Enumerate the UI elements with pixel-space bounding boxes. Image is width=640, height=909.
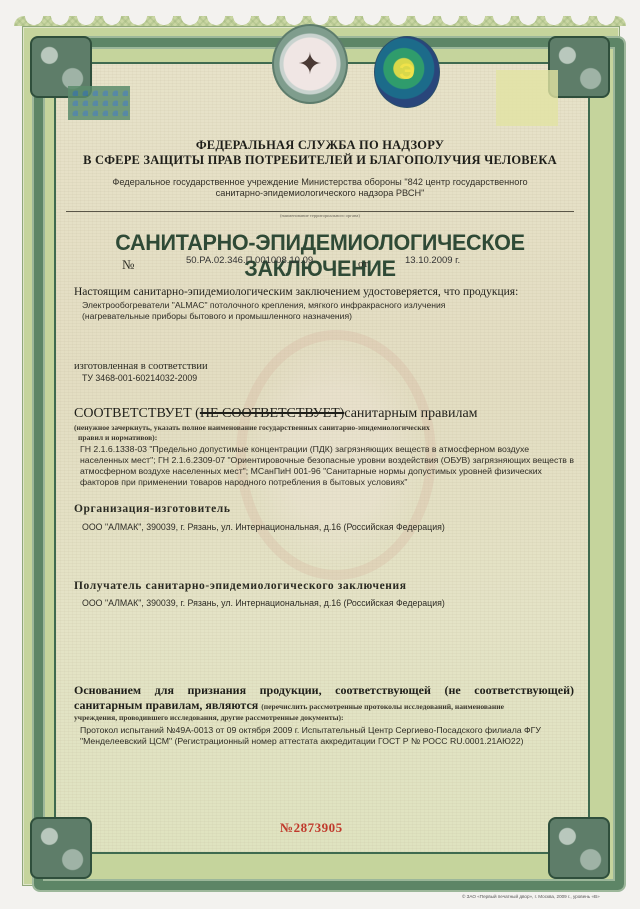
conformity-suffix: санитарным правилам	[344, 406, 477, 421]
institution-line-1: Федеральное государственное учреждение М…	[60, 177, 580, 188]
coat-of-arms-eagle-icon: ✦	[272, 24, 348, 104]
basis-main: санитарным правилам, являются	[74, 698, 261, 712]
conformity-note-2: правил и нормативов):	[78, 433, 157, 443]
certificate-page: ✦ Э ФЕДЕРАЛЬНАЯ СЛУЖБА ПО НАДЗОРУ В СФЕР…	[0, 0, 640, 909]
product-line-2: (нагревательные приборы бытового и промы…	[82, 311, 352, 322]
number-label: №	[122, 257, 134, 273]
security-hologram-strip	[68, 86, 130, 120]
sanitary-rules-list: ГН 2.1.6.1338-03 "Предельно допустимые к…	[80, 444, 574, 488]
recipient-heading: Получатель санитарно-эпидемиологического…	[74, 580, 407, 592]
institution-caption: (наименование территориального органа)	[60, 213, 580, 218]
basis-heading-line-2: санитарным правилам, являются (перечисли…	[74, 698, 504, 713]
product-line-1: Электрообогреватели "ALMAC" потолочного …	[82, 300, 445, 311]
technical-spec: ТУ 3468-001-60214032-2009	[82, 373, 197, 383]
divider	[66, 211, 574, 212]
printer-imprint: © ЗАО «Первый печатный двор», г. Москва,…	[462, 894, 600, 899]
security-patch	[496, 70, 558, 126]
basis-note: (перечислить рассмотренные протоколы исс…	[261, 702, 504, 711]
test-protocol: Протокол испытаний №49А-0013 от 09 октяб…	[80, 725, 574, 747]
certify-statement: Настоящим санитарно-эпидемиологическим з…	[74, 286, 518, 298]
corner-ornament-icon	[548, 817, 610, 879]
certificate-number: 50.РА.02.346.П.001008.10.09	[186, 255, 313, 266]
hologram-seal-icon: Э	[374, 36, 440, 108]
manufacturer-address: ООО "АЛМАК", 390039, г. Рязань, ул. Инте…	[82, 522, 445, 532]
conformity-line: СООТВЕТСТВУЕТ (НЕ СООТВЕТСТВУЕТ)санитарн…	[74, 406, 478, 422]
corner-ornament-icon	[30, 817, 92, 879]
agency-name-line-2: В СФЕРЕ ЗАЩИТЫ ПРАВ ПОТРЕБИТЕЛЕЙ И БЛАГО…	[60, 153, 580, 168]
institution-line-2: санитарно-эпидемиологического надзора РВ…	[60, 188, 580, 199]
hologram-letter: Э	[399, 59, 415, 85]
struck-not-conform: НЕ СООТВЕТСТВУЕТ)	[200, 406, 344, 421]
manufactured-label: изготовленная в соответствии	[74, 361, 208, 372]
basis-note-line-3: учреждения, проводившего исследования, д…	[74, 713, 344, 722]
conformity-note-1: (ненужное зачеркнуть, указать полное наи…	[74, 423, 430, 433]
date-label: от	[358, 258, 368, 270]
manufacturer-heading: Организация-изготовитель	[74, 503, 231, 515]
certificate-date: 13.10.2009 г.	[405, 255, 460, 266]
document-title: САНИТАРНО-ЭПИДЕМИОЛОГИЧЕСКОЕ ЗАКЛЮЧЕНИЕ	[65, 230, 575, 282]
agency-name-line-1: ФЕДЕРАЛЬНАЯ СЛУЖБА ПО НАДЗОРУ	[60, 138, 580, 153]
institution-name: Федеральное государственное учреждение М…	[60, 177, 580, 199]
recipient-address: ООО "АЛМАК", 390039, г. Рязань, ул. Инте…	[82, 598, 445, 608]
serial-number: №2873905	[280, 820, 343, 836]
conformity-status: СООТВЕТСТВУЕТ	[74, 406, 192, 421]
basis-heading-line-1: Основанием для признания продукции, соот…	[74, 683, 574, 698]
